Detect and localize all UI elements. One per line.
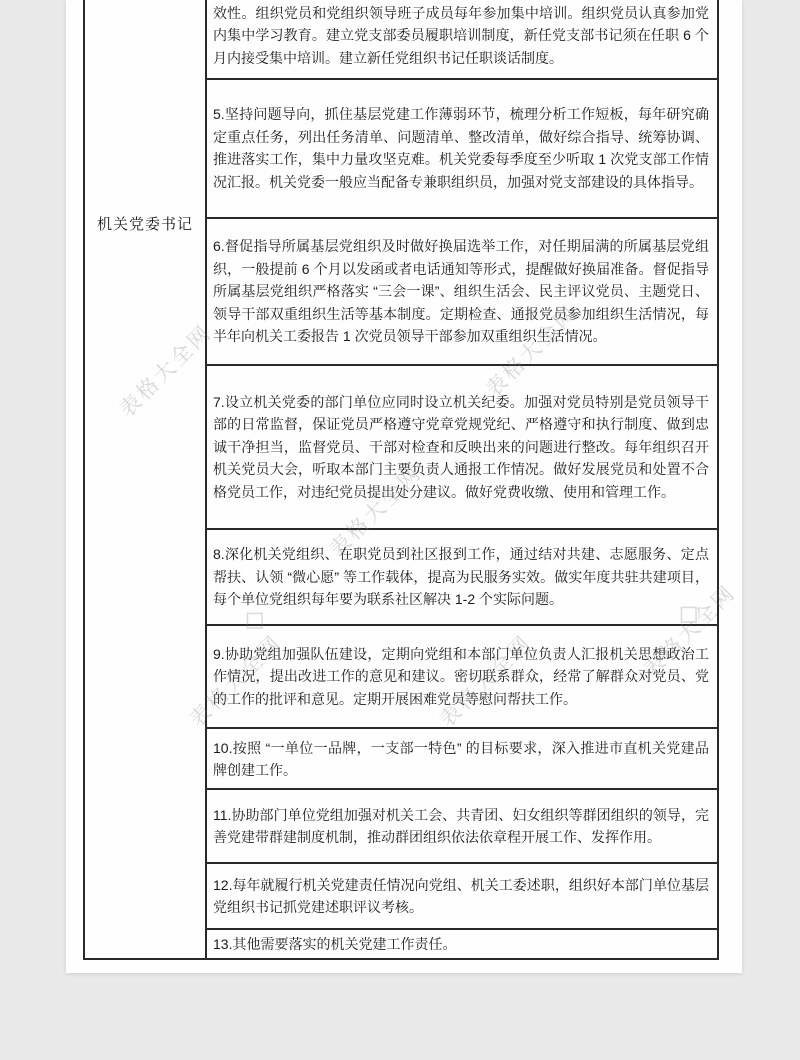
duty-text: 13.其他需要落实的机关党建工作责任。 [213, 933, 709, 955]
duty-text: 5.坚持问题导向，抓住基层党建工作薄弱环节，梳理分析工作短板，每年研究确定重点任… [213, 103, 709, 193]
duty-text: 7.设立机关党委的部门单位应同时设立机关纪委。加强对党员特别是党员领导干部的日常… [213, 391, 709, 503]
duty-row-13: 13.其他需要落实的机关党建工作责任。 [207, 930, 717, 958]
duty-row-4-partial: 效性。组织党员和党组织领导班子成员每年参加集中培训。组织党员认真参加党内集中学习… [207, 0, 717, 80]
duties-table: 机关党委书记 效性。组织党员和党组织领导班子成员每年参加集中培训。组织党员认真参… [83, 0, 719, 960]
duty-row-5: 5.坚持问题导向，抓住基层党建工作薄弱环节，梳理分析工作短板，每年研究确定重点任… [207, 80, 717, 219]
duty-text: 8.深化机关党组织、在职党员到社区报到工作，通过结对共建、志愿服务、定点帮扶、认… [213, 543, 709, 610]
duty-row-12: 12.每年就履行机关党建责任情况向党组、机关工委述职，组织好本部门单位基层党组织… [207, 864, 717, 930]
role-name: 机关党委书记 [85, 213, 205, 234]
duty-text: 9.协助党组加强队伍建设，定期向党组和本部门单位负责人汇报机关思想政治工作情况，… [213, 643, 709, 710]
duty-row-8: 8.深化机关党组织、在职党员到社区报到工作，通过结对共建、志愿服务、定点帮扶、认… [207, 530, 717, 626]
duty-text: 效性。组织党员和党组织领导班子成员每年参加集中培训。组织党员认真参加党内集中学习… [213, 2, 709, 69]
duty-text: 12.每年就履行机关党建责任情况向党组、机关工委述职，组织好本部门单位基层党组织… [213, 874, 709, 919]
duty-row-7: 7.设立机关党委的部门单位应同时设立机关纪委。加强对党员特别是党员领导干部的日常… [207, 366, 717, 530]
duty-row-11: 11.协助部门单位党组加强对机关工会、共青团、妇女组织等群团组织的领导，完善党建… [207, 790, 717, 864]
document-page: 机关党委书记 效性。组织党员和党组织领导班子成员每年参加集中培训。组织党员认真参… [66, 0, 742, 973]
duty-text: 6.督促指导所属基层党组织及时做好换届选举工作，对任期届满的所属基层党组织，一般… [213, 235, 709, 347]
role-header-cell: 机关党委书记 [85, 0, 207, 958]
duty-rows: 效性。组织党员和党组织领导班子成员每年参加集中培训。组织党员认真参加党内集中学习… [207, 0, 717, 958]
duty-row-10: 10.按照 “一单位一品牌，一支部一特色” 的目标要求，深入推进市直机关党建品牌… [207, 729, 717, 790]
duty-text: 10.按照 “一单位一品牌，一支部一特色” 的目标要求，深入推进市直机关党建品牌… [213, 737, 709, 782]
duty-row-6: 6.督促指导所属基层党组织及时做好换届选举工作，对任期届满的所属基层党组织，一般… [207, 219, 717, 367]
duty-text: 11.协助部门单位党组加强对机关工会、共青团、妇女组织等群团组织的领导，完善党建… [213, 804, 709, 849]
duty-row-9: 9.协助党组加强队伍建设，定期向党组和本部门单位负责人汇报机关思想政治工作情况，… [207, 626, 717, 730]
